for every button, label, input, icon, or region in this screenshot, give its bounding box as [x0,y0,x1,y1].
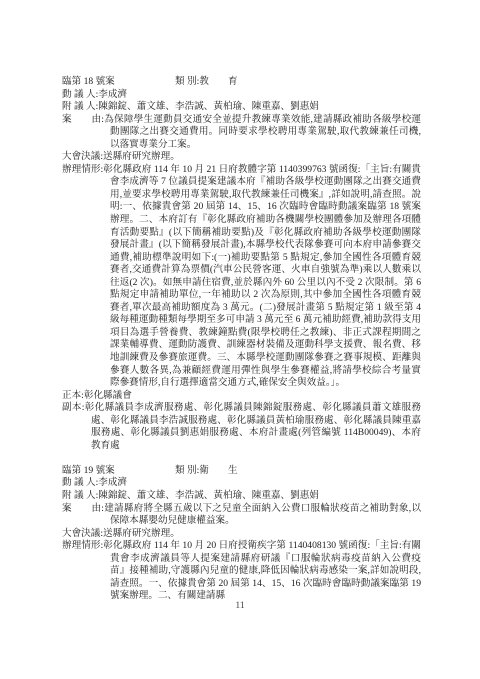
mover-row: 動 議 人:李成濟 [62,89,421,102]
original-copy-row: 正本:彰化縣議會 [62,390,421,403]
resolution-label: 大會決議: [62,151,103,162]
seconders-row: 附 議 人:陳錦錠、蕭文雄、李浩誠、黃柏瑜、陳重嘉、劉惠娟 [62,101,421,114]
handling-row: 辦理情形:彰化縣政府 114 年 10 月 20 日府授衛疾字第 1140408… [62,540,421,603]
mover-label: 動 議 人: [62,89,98,100]
handling-row: 辦理情形:彰化縣政府 114 年 10 月 21 日府教體字第 11403997… [62,164,421,390]
mover-value: 李成濟 [98,477,127,488]
mover-row: 動 議 人:李成濟 [62,477,421,490]
case-number: 臨第 19 號案 [62,465,175,478]
seconders-label: 附 議 人: [62,490,98,501]
resolution-text: 送縣府研究辦理。 [103,528,180,539]
resolution-text: 送縣府研究辦理。 [103,151,180,162]
original-text: 彰化縣議會 [84,390,132,401]
handling-label: 辦理情形: [62,164,103,175]
resolution-row: 大會決議:送縣府研究辦理。 [62,528,421,541]
subject-text: 建請縣府將全縣五歲以下之兒童全面納入公費口服輪狀疫苗之補助對象,以保障本縣嬰幼兒… [104,503,421,527]
handling-text: 彰化縣政府 114 年 10 月 20 日府授衛疾字第 1140408130 號… [103,540,421,601]
cc-label: 副本: [62,402,84,413]
handling-label: 辦理情形: [62,540,103,551]
subject-text: 為保障學生運動員交通安全並提升教練專業效能,建請縣政補助各級學校運動團隊之出賽交… [104,114,421,150]
category-label: 類 別: [175,465,199,476]
handling-text: 彰化縣政府 114 年 10 月 21 日府教體字第 1140399763 號函… [103,164,421,388]
seconders-label: 附 議 人: [62,101,98,112]
subject-row: 案 由:建請縣府將全縣五歲以下之兒童全面納入公費口服輪狀疫苗之補助對象,以保障本… [62,503,421,528]
subject-label: 案 由: [62,503,104,514]
category-value: 教 育 [199,76,237,87]
cc-row: 副本:彰化縣議員李成濟服務處、彰化縣議員陳錦錠服務處、彰化縣議員蕭文雄服務處、彰… [62,402,421,452]
category-label: 類 別: [175,76,199,87]
seconders-value: 陳錦錠、蕭文雄、李浩誠、黃柏瑜、陳重嘉、劉惠娟 [98,490,319,501]
subject-row: 案 由:為保障學生運動員交通安全並提升教練專業效能,建請縣政補助各級學校運動團隊… [62,114,421,152]
case-header: 臨第 18 號案類 別:教 育 [62,76,421,89]
mover-value: 李成濟 [98,89,127,100]
document-page: 臨第 18 號案類 別:教 育 動 議 人:李成濟 附 議 人:陳錦錠、蕭文雄、… [0,0,480,679]
document-content: 臨第 18 號案類 別:教 育 動 議 人:李成濟 附 議 人:陳錦錠、蕭文雄、… [62,76,421,615]
subject-label: 案 由: [62,114,104,125]
case-header: 臨第 19 號案類 別:衛 生 [62,465,421,478]
cc-text: 彰化縣議員李成濟服務處、彰化縣議員陳錦錠服務處、彰化縣議員蕭文雄服務處、彰化縣議… [84,402,421,451]
case-block-19: 臨第 19 號案類 別:衛 生 動 議 人:李成濟 附 議 人:陳錦錠、蕭文雄、… [62,465,421,603]
original-label: 正本: [62,390,84,401]
seconders-value: 陳錦錠、蕭文雄、李浩誠、黃柏瑜、陳重嘉、劉惠娟 [98,101,319,112]
resolution-label: 大會決議: [62,528,103,539]
page-number: 11 [0,600,480,611]
case-number: 臨第 18 號案 [62,76,175,89]
case-block-18: 臨第 18 號案類 別:教 育 動 議 人:李成濟 附 議 人:陳錦錠、蕭文雄、… [62,76,421,452]
seconders-row: 附 議 人:陳錦錠、蕭文雄、李浩誠、黃柏瑜、陳重嘉、劉惠娟 [62,490,421,503]
category-value: 衛 生 [199,465,237,476]
resolution-row: 大會決議:送縣府研究辦理。 [62,151,421,164]
mover-label: 動 議 人: [62,477,98,488]
